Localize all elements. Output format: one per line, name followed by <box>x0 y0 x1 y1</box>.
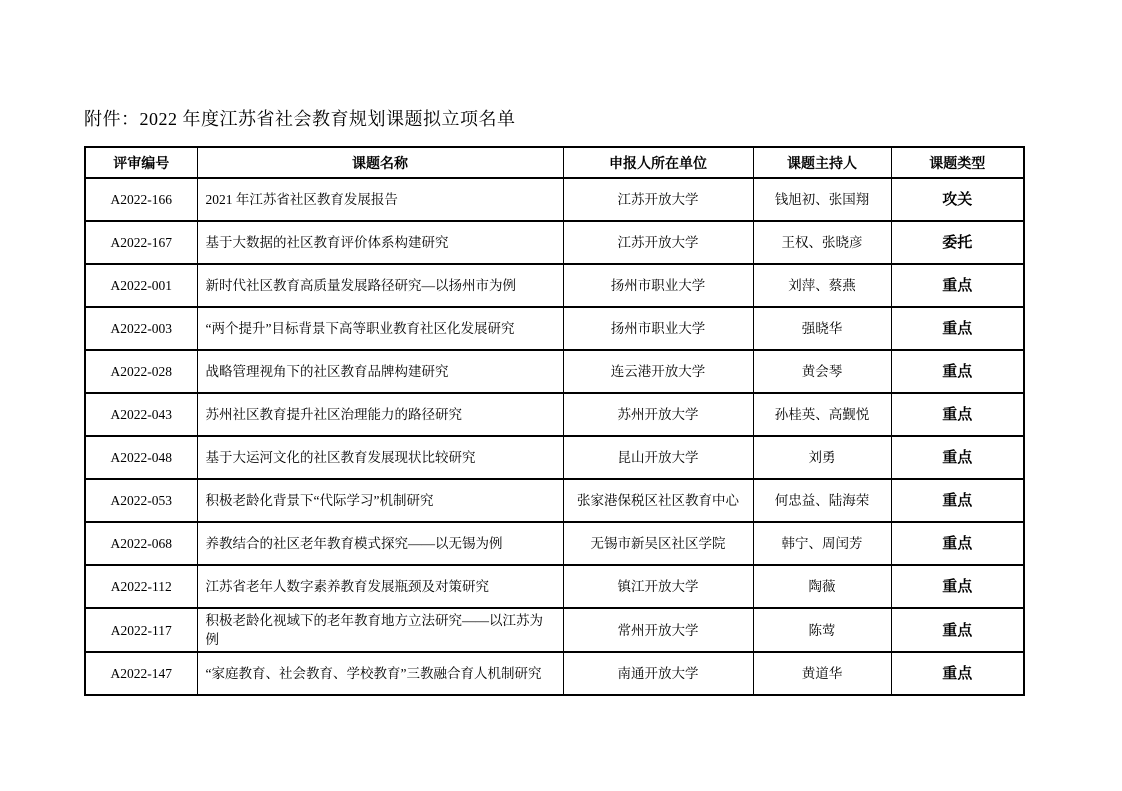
cell-project-name: 基于大数据的社区教育评价体系构建研究 <box>197 221 563 264</box>
cell-review-id: A2022-028 <box>85 350 197 393</box>
table-row: A2022-166 2021 年江苏省社区教育发展报告 江苏开放大学 钱旭初、张… <box>85 178 1024 221</box>
cell-type: 重点 <box>891 393 1024 436</box>
cell-review-id: A2022-001 <box>85 264 197 307</box>
cell-leader: 何忠益、陆海荣 <box>753 479 891 522</box>
cell-leader: 陈莺 <box>753 608 891 652</box>
cell-review-id: A2022-112 <box>85 565 197 608</box>
cell-unit: 连云港开放大学 <box>563 350 753 393</box>
cell-unit: 江苏开放大学 <box>563 221 753 264</box>
cell-leader: 刘勇 <box>753 436 891 479</box>
table-row: A2022-147 “家庭教育、社会教育、学校教育”三教融合育人机制研究 南通开… <box>85 652 1024 695</box>
cell-project-name: “家庭教育、社会教育、学校教育”三教融合育人机制研究 <box>197 652 563 695</box>
cell-type: 重点 <box>891 307 1024 350</box>
page-title: 附件：2022 年度江苏省社会教育规划课题拟立项名单 <box>84 106 1024 132</box>
header-row: 评审编号 课题名称 申报人所在单位 课题主持人 课题类型 <box>85 147 1024 178</box>
document-page: 附件：2022 年度江苏省社会教育规划课题拟立项名单 评审编号 课题名称 申报人… <box>84 106 1024 696</box>
cell-leader: 黄道华 <box>753 652 891 695</box>
cell-unit: 常州开放大学 <box>563 608 753 652</box>
cell-type: 重点 <box>891 522 1024 565</box>
cell-project-name: 养教结合的社区老年教育模式探究——以无锡为例 <box>197 522 563 565</box>
cell-unit: 扬州市职业大学 <box>563 307 753 350</box>
cell-unit: 昆山开放大学 <box>563 436 753 479</box>
cell-unit: 苏州开放大学 <box>563 393 753 436</box>
cell-review-id: A2022-043 <box>85 393 197 436</box>
cell-review-id: A2022-147 <box>85 652 197 695</box>
cell-project-name: 基于大运河文化的社区教育发展现状比较研究 <box>197 436 563 479</box>
cell-project-name: 2021 年江苏省社区教育发展报告 <box>197 178 563 221</box>
cell-type: 攻关 <box>891 178 1024 221</box>
cell-leader: 孙桂英、高觐悦 <box>753 393 891 436</box>
cell-review-id: A2022-167 <box>85 221 197 264</box>
cell-unit: 扬州市职业大学 <box>563 264 753 307</box>
cell-unit: 无锡市新吴区社区学院 <box>563 522 753 565</box>
cell-leader: 钱旭初、张国翔 <box>753 178 891 221</box>
table-row: A2022-001 新时代社区教育高质量发展路径研究—以扬州市为例 扬州市职业大… <box>85 264 1024 307</box>
cell-type: 重点 <box>891 436 1024 479</box>
cell-review-id: A2022-068 <box>85 522 197 565</box>
table-row: A2022-028 战略管理视角下的社区教育品牌构建研究 连云港开放大学 黄会琴… <box>85 350 1024 393</box>
table-row: A2022-117 积极老龄化视域下的老年教育地方立法研究——以江苏为例 常州开… <box>85 608 1024 652</box>
cell-project-name: 苏州社区教育提升社区治理能力的路径研究 <box>197 393 563 436</box>
table-row: A2022-068 养教结合的社区老年教育模式探究——以无锡为例 无锡市新吴区社… <box>85 522 1024 565</box>
table-row: A2022-112 江苏省老年人数字素养教育发展瓶颈及对策研究 镇江开放大学 陶… <box>85 565 1024 608</box>
table-row: A2022-053 积极老龄化背景下“代际学习”机制研究 张家港保税区社区教育中… <box>85 479 1024 522</box>
table-row: A2022-048 基于大运河文化的社区教育发展现状比较研究 昆山开放大学 刘勇… <box>85 436 1024 479</box>
cell-leader: 刘萍、蔡燕 <box>753 264 891 307</box>
cell-type: 重点 <box>891 264 1024 307</box>
cell-type: 重点 <box>891 652 1024 695</box>
table-body: A2022-166 2021 年江苏省社区教育发展报告 江苏开放大学 钱旭初、张… <box>85 178 1024 695</box>
table-row: A2022-167 基于大数据的社区教育评价体系构建研究 江苏开放大学 王权、张… <box>85 221 1024 264</box>
cell-type: 重点 <box>891 565 1024 608</box>
cell-review-id: A2022-048 <box>85 436 197 479</box>
cell-project-name: 江苏省老年人数字素养教育发展瓶颈及对策研究 <box>197 565 563 608</box>
cell-review-id: A2022-053 <box>85 479 197 522</box>
cell-review-id: A2022-003 <box>85 307 197 350</box>
cell-review-id: A2022-166 <box>85 178 197 221</box>
cell-unit: 南通开放大学 <box>563 652 753 695</box>
cell-review-id: A2022-117 <box>85 608 197 652</box>
cell-project-name: 战略管理视角下的社区教育品牌构建研究 <box>197 350 563 393</box>
header-unit: 申报人所在单位 <box>563 147 753 178</box>
cell-leader: 王权、张晓彦 <box>753 221 891 264</box>
cell-type: 重点 <box>891 608 1024 652</box>
cell-unit: 张家港保税区社区教育中心 <box>563 479 753 522</box>
cell-type: 委托 <box>891 221 1024 264</box>
table-row: A2022-043 苏州社区教育提升社区治理能力的路径研究 苏州开放大学 孙桂英… <box>85 393 1024 436</box>
header-type: 课题类型 <box>891 147 1024 178</box>
header-review-id: 评审编号 <box>85 147 197 178</box>
cell-type: 重点 <box>891 350 1024 393</box>
cell-leader: 韩宁、周闰芳 <box>753 522 891 565</box>
projects-table: 评审编号 课题名称 申报人所在单位 课题主持人 课题类型 A2022-166 2… <box>84 146 1025 696</box>
cell-project-name: 积极老龄化背景下“代际学习”机制研究 <box>197 479 563 522</box>
table-header: 评审编号 课题名称 申报人所在单位 课题主持人 课题类型 <box>85 147 1024 178</box>
cell-type: 重点 <box>891 479 1024 522</box>
cell-leader: 黄会琴 <box>753 350 891 393</box>
table-row: A2022-003 “两个提升”目标背景下高等职业教育社区化发展研究 扬州市职业… <box>85 307 1024 350</box>
cell-project-name: 新时代社区教育高质量发展路径研究—以扬州市为例 <box>197 264 563 307</box>
cell-leader: 强晓华 <box>753 307 891 350</box>
header-leader: 课题主持人 <box>753 147 891 178</box>
cell-project-name: 积极老龄化视域下的老年教育地方立法研究——以江苏为例 <box>197 608 563 652</box>
cell-unit: 江苏开放大学 <box>563 178 753 221</box>
cell-leader: 陶薇 <box>753 565 891 608</box>
header-project-name: 课题名称 <box>197 147 563 178</box>
cell-project-name: “两个提升”目标背景下高等职业教育社区化发展研究 <box>197 307 563 350</box>
cell-unit: 镇江开放大学 <box>563 565 753 608</box>
